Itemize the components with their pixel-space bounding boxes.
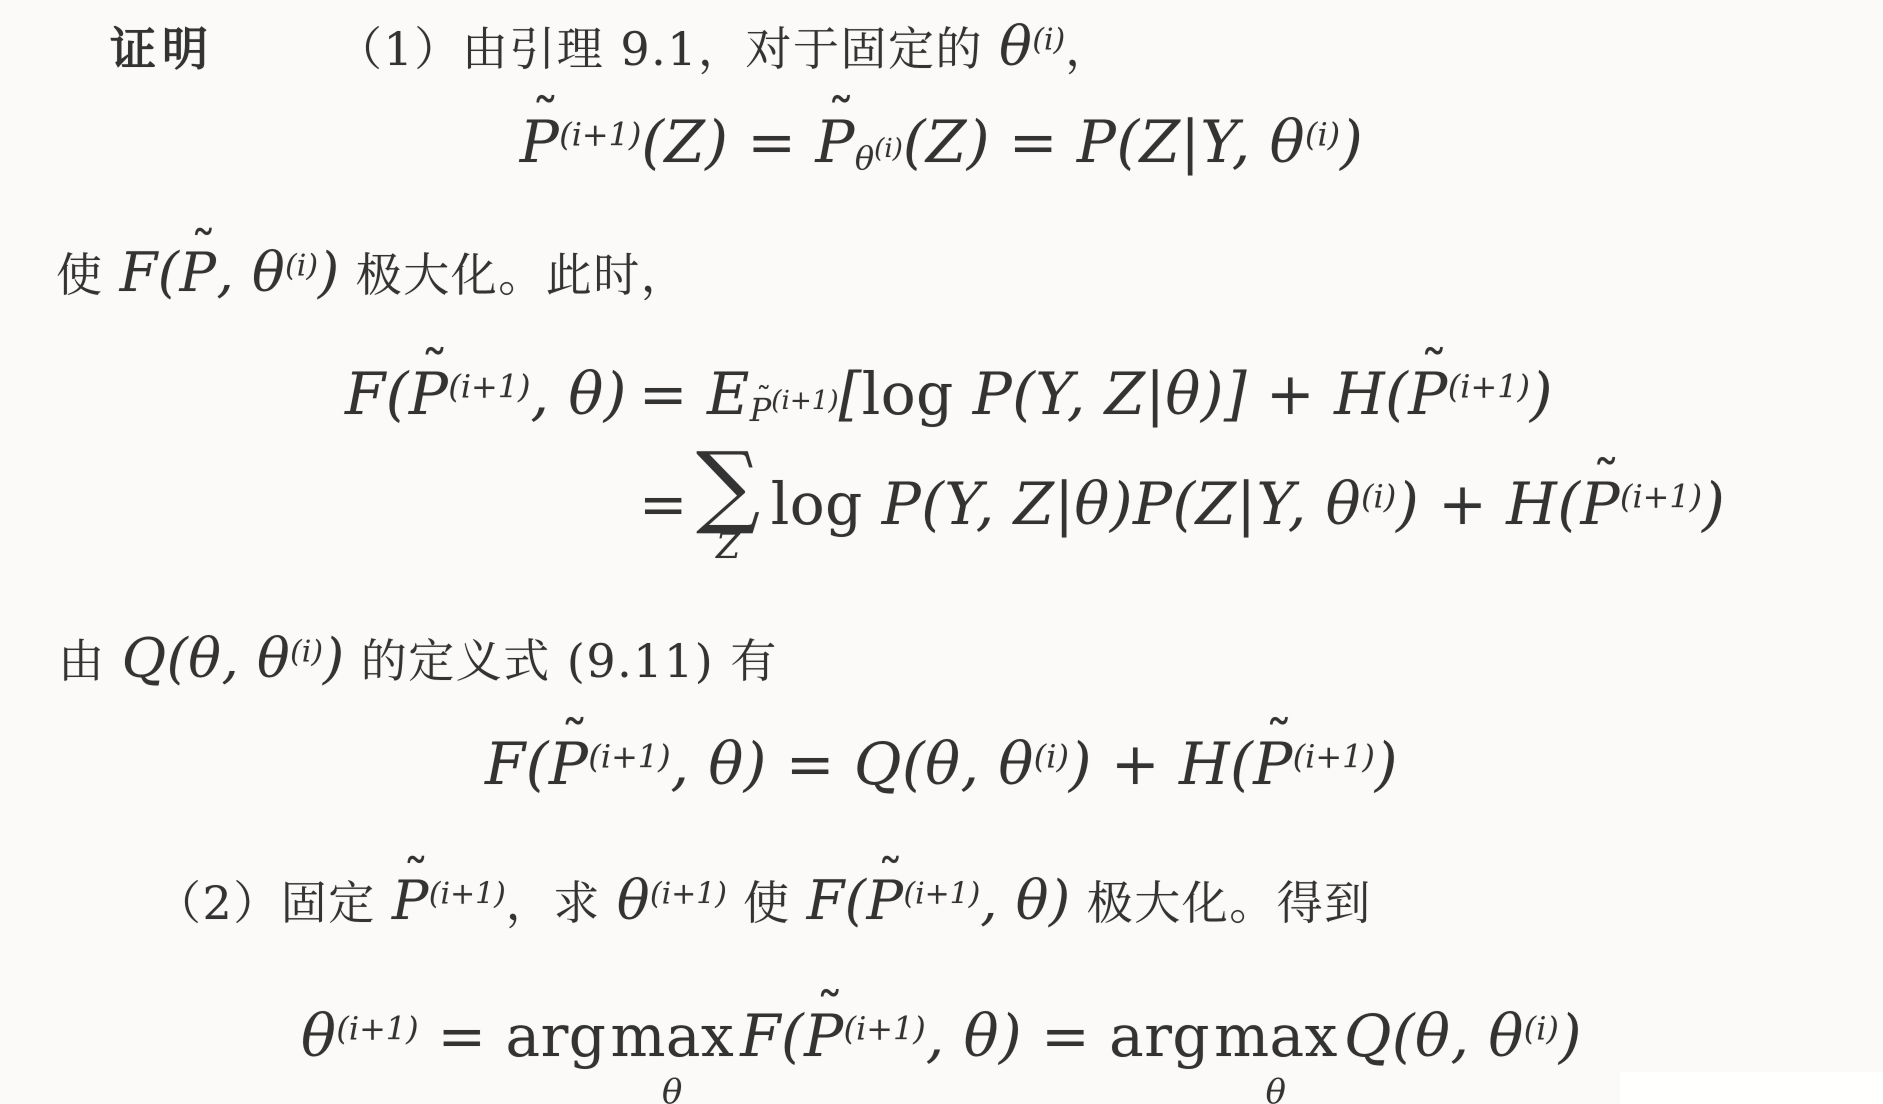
superscript: (i) [1305, 115, 1340, 153]
math-run-theta: θ(i+1) [617, 869, 727, 932]
math-run-F: F(˜P, θ(i)) [120, 241, 340, 304]
superscript: (i+1) [903, 876, 980, 911]
math-run: , θ) [980, 869, 1070, 932]
superscript: (i+1) [1448, 367, 1530, 405]
superscript: (i) [285, 248, 318, 283]
theta: θ [252, 241, 285, 304]
tilde-mark: ˜ [1592, 447, 1620, 516]
superscript: (i+1) [429, 876, 506, 911]
math-run-group: log P(Y, Z|θ)P(Z|Y, θ(i)) + H(˜P(i+1)) [771, 468, 1726, 541]
theta: θ [999, 15, 1032, 78]
superscript: (i+1) [1620, 478, 1702, 516]
subscript: ˜P(i+1) [750, 391, 839, 429]
math-run: ) [323, 627, 345, 690]
superscript: (i+1) [448, 367, 530, 405]
p-tilde: ˜P [179, 238, 216, 309]
book-page: 证明（1）由引理 9.1，对于固定的 θ(i)， ˜P(i+1)(Z) = ˜P… [0, 0, 1883, 1104]
display-formula-1: ˜P(i+1)(Z) = ˜Pθ(i)(Z) = P(Z|Y, θ(i)) [0, 106, 1883, 179]
math-run: F( [807, 869, 867, 932]
superscript: (i) [290, 634, 323, 669]
display-formula-3: F(˜P(i+1), θ) = Q(θ, θ(i)) + H(˜P(i+1)) [0, 728, 1883, 801]
math-run-theta: θ(i) [999, 15, 1065, 78]
formula-2-rhs-line2: = ∑Z log P(Y, Z|θ)P(Z|Y, θ(i)) + H(˜P(i+… [639, 445, 1725, 565]
theta: θ [617, 869, 650, 932]
math-run: ) [1340, 108, 1363, 176]
superscript: (i) [1034, 737, 1069, 775]
proof-paragraph-4: （2）固定 ˜P(i+1)，求 θ(i+1) 使 F(˜P(i+1), θ) 极… [155, 866, 1372, 937]
math-run: ) [1375, 730, 1398, 798]
display-formula-4: θ(i+1) = argmaxθF(˜P(i+1), θ) = argmaxθQ… [0, 1000, 1883, 1104]
math-run: , [216, 241, 252, 304]
superscript: (i) [1361, 478, 1396, 516]
math-run: , θ) [531, 360, 627, 428]
cjk-text: 使 [56, 248, 120, 302]
argmax-stack: maxθ [610, 1000, 734, 1104]
p-tilde: ˜P [866, 866, 903, 937]
max-under-theta: θ [662, 1075, 683, 1104]
cjk-text: 由 [58, 634, 122, 688]
equals-sign: = [639, 468, 688, 541]
tilde-mark: ˜ [1420, 337, 1448, 406]
log-operator: log [862, 360, 954, 428]
math-run: ) [318, 241, 340, 304]
math-run: , θ) = [926, 1002, 1109, 1070]
math-run: F( [485, 730, 549, 798]
p-tilde: ˜P [815, 106, 855, 179]
p-tilde: ˜P [520, 106, 560, 179]
tilde-mark: ˜ [816, 979, 844, 1048]
cjk-text: 的定义式 (9.11) 有 [345, 634, 778, 688]
summation: ∑Z [696, 445, 761, 565]
tilde-mark: ˜ [878, 846, 904, 913]
argmax-stack: maxθ [1214, 1000, 1338, 1104]
tilde-mark: ˜ [827, 85, 855, 154]
superscript: (i) [1524, 1009, 1559, 1047]
formula-2-spacer [345, 445, 627, 565]
superscript: (i+1) [771, 386, 838, 416]
p-tilde: ˜P [549, 728, 589, 801]
proof-paragraph-1: 证明（1）由引理 9.1，对于固定的 θ(i)， [110, 12, 1113, 83]
max-operator: max [1214, 1000, 1338, 1073]
superscript: (i+1) [559, 115, 641, 153]
cjk-text: ， [1065, 22, 1113, 76]
math-run: [ [839, 360, 862, 428]
superscript: (i) [874, 134, 903, 164]
math-run: P(Y, Z|θ)] + H( [954, 360, 1408, 428]
math-run: P(Y, Z|θ)P(Z|Y, θ [863, 470, 1361, 538]
math-run: Q(θ, θ [1344, 1002, 1524, 1070]
tilde-mark: ˜ [756, 380, 771, 418]
superscript: (i+1) [336, 1009, 418, 1047]
tilde-mark: ˜ [191, 218, 217, 285]
cjk-text: 极大化。得到 [1071, 876, 1372, 930]
log-operator: log [771, 470, 863, 538]
cjk-text: （1）由引理 9.1，对于固定的 [336, 22, 999, 76]
superscript: (i+1) [650, 876, 727, 911]
cjk-text: （2）固定 [155, 876, 392, 930]
p-tilde: ˜P [392, 866, 429, 937]
scan-artifact-band [1620, 1072, 1883, 1104]
formula-2-rhs-line1: = E˜P(i+1)[log P(Y, Z|θ)] + H(˜P(i+1)) [639, 358, 1725, 431]
tilde-mark: ˜ [532, 85, 560, 154]
math-run: = [419, 1002, 506, 1070]
proof-paragraph-3: 由 Q(θ, θ(i)) 的定义式 (9.11) 有 [58, 624, 778, 695]
sum-index: Z [716, 530, 741, 565]
tilde-mark: ˜ [421, 337, 449, 406]
cjk-text: 极大化。此时， [340, 248, 689, 302]
theta: θ [855, 139, 874, 177]
math-run: ) [1530, 360, 1553, 428]
tilde-mark: ˜ [403, 846, 429, 913]
max-operator: max [610, 1000, 734, 1073]
arg-operator: arg [1109, 1002, 1210, 1070]
math-run: Q(θ, θ [122, 627, 291, 690]
math-run-F: F(˜P(i+1), θ) [807, 869, 1071, 932]
proof-label: 证明 [110, 23, 214, 75]
p-tilde: ˜P [750, 391, 771, 431]
math-run: F( [120, 241, 180, 304]
theta: θ [1270, 108, 1305, 176]
tilde-mark: ˜ [561, 707, 589, 776]
math-run: ) + H( [1069, 730, 1253, 798]
p-tilde: ˜P [804, 1000, 844, 1073]
cjk-text: ，求 [506, 876, 617, 930]
math-run-P: ˜P(i+1) [392, 869, 506, 932]
math-run: , θ) = Q(θ, θ [671, 730, 1034, 798]
subscript: θ(i) [855, 139, 903, 177]
p-tilde: ˜P [1253, 728, 1293, 801]
math-run: ) [1702, 470, 1725, 538]
superscript: (i+1) [844, 1009, 926, 1047]
arg-operator: arg [506, 1002, 607, 1070]
math-run-Q: Q(θ, θ(i)) [122, 627, 345, 690]
superscript: (i+1) [588, 737, 670, 775]
superscript: (i) [1032, 22, 1065, 57]
math-run: ) [1559, 1002, 1582, 1070]
cjk-text: 使 [727, 876, 807, 930]
theta: θ [301, 1002, 336, 1070]
p-tilde: ˜P [1408, 358, 1448, 431]
proof-paragraph-2: 使 F(˜P, θ(i)) 极大化。此时， [56, 238, 688, 309]
p-tilde: ˜P [1580, 468, 1620, 541]
math-run: F( [345, 360, 409, 428]
math-run: F( [740, 1002, 804, 1070]
formula-2-lhs: F(˜P(i+1), θ) [345, 358, 627, 431]
math-run: ) + H( [1396, 470, 1580, 538]
math-run: (Z) = [641, 108, 815, 176]
math-run: = E [639, 360, 750, 428]
max-under-theta: θ [1266, 1075, 1287, 1104]
tilde-mark: ˜ [1265, 707, 1293, 776]
display-formula-2: F(˜P(i+1), θ) = E˜P(i+1)[log P(Y, Z|θ)] … [345, 358, 1725, 564]
superscript: (i+1) [1293, 737, 1375, 775]
p-tilde: ˜P [409, 358, 449, 431]
sigma-sum-icon: ∑ [696, 445, 761, 528]
math-run: (Z) = P(Z|Y, [903, 108, 1270, 176]
